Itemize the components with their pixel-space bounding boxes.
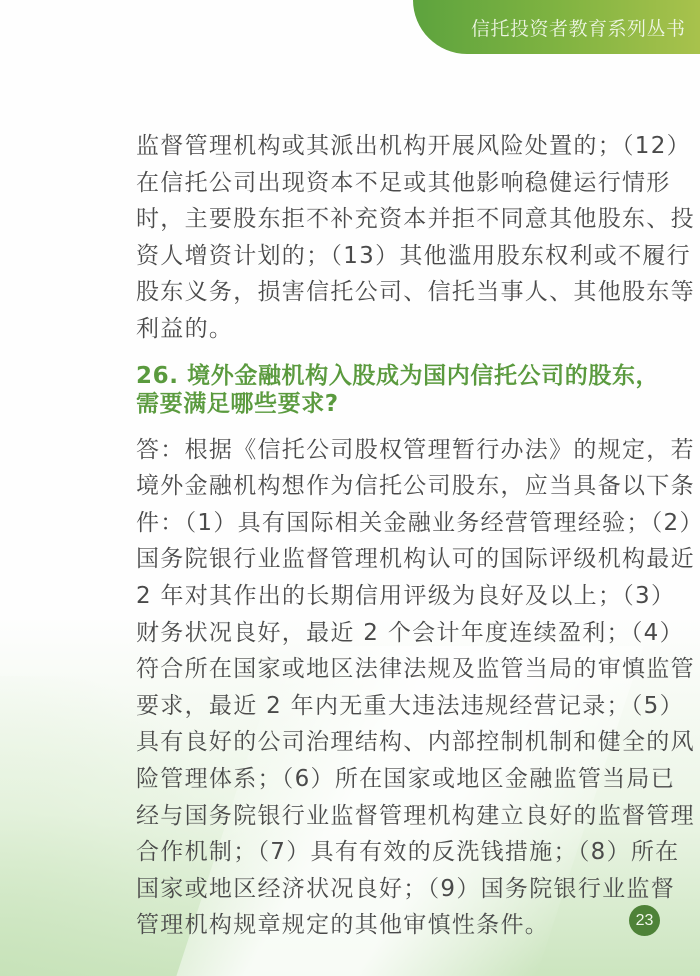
intro-paragraph: 监督管理机构或其派出机构开展风险处置的；（12） 在信托公司出现资本不足或其他影… bbox=[136, 128, 608, 348]
series-title: 信托投资者教育系列丛书 bbox=[471, 14, 686, 41]
heading-line: 26. 境外金融机构入股成为国内信托公司的股东， bbox=[136, 362, 608, 390]
text-line: 险管理体系；（6）所在国家或地区金融监管当局已 bbox=[136, 761, 608, 798]
text-line: 管理机构规章规定的其他审慎性条件。 bbox=[136, 907, 608, 944]
text-line: 要求，最近 2 年内无重大违法违规经营记录；（5） bbox=[136, 688, 608, 725]
text-line: 2 年对其作出的长期信用评级为良好及以上；（3） bbox=[136, 578, 608, 615]
text-line: 资人增资计划的；（13）其他滥用股东权利或不履行 bbox=[136, 238, 608, 275]
text-line: 答：根据《信托公司股权管理暂行办法》的规定，若 bbox=[136, 432, 608, 469]
page-content: 监督管理机构或其派出机构开展风险处置的；（12） 在信托公司出现资本不足或其他影… bbox=[136, 128, 608, 944]
text-line: 股东义务，损害信托公司、信托当事人、其他股东等 bbox=[136, 274, 608, 311]
text-line: 件：（1）具有国际相关金融业务经营管理经验；（2） bbox=[136, 505, 608, 542]
text-line: 合作机制；（7）具有有效的反洗钱措施；（8）所在 bbox=[136, 834, 608, 871]
header-banner: 信托投资者教育系列丛书 bbox=[413, 0, 700, 54]
text-line: 国家或地区经济状况良好；（9）国务院银行业监督 bbox=[136, 871, 608, 908]
text-line: 具有良好的公司治理结构、内部控制机制和健全的风 bbox=[136, 724, 608, 761]
text-line: 国务院银行业监督管理机构认可的国际评级机构最近 bbox=[136, 541, 608, 578]
question-heading: 26. 境外金融机构入股成为国内信托公司的股东， 需要满足哪些要求? bbox=[136, 362, 608, 418]
text-line: 财务状况良好，最近 2 个会计年度连续盈利；（4） bbox=[136, 615, 608, 652]
text-line: 境外金融机构想作为信托公司股东，应当具备以下条 bbox=[136, 468, 608, 505]
answer-paragraph: 答：根据《信托公司股权管理暂行办法》的规定，若 境外金融机构想作为信托公司股东，… bbox=[136, 432, 608, 944]
text-line: 监督管理机构或其派出机构开展风险处置的；（12） bbox=[136, 128, 608, 165]
text-line: 利益的。 bbox=[136, 311, 608, 348]
text-line: 在信托公司出现资本不足或其他影响稳健运行情形 bbox=[136, 165, 608, 202]
text-line: 时，主要股东拒不补充资本并拒不同意其他股东、投 bbox=[136, 201, 608, 238]
page-number-badge: 23 bbox=[629, 905, 660, 936]
text-line: 符合所在国家或地区法律法规及监管当局的审慎监管 bbox=[136, 651, 608, 688]
text-line: 经与国务院银行业监督管理机构建立良好的监督管理 bbox=[136, 798, 608, 835]
heading-line: 需要满足哪些要求? bbox=[136, 390, 608, 418]
